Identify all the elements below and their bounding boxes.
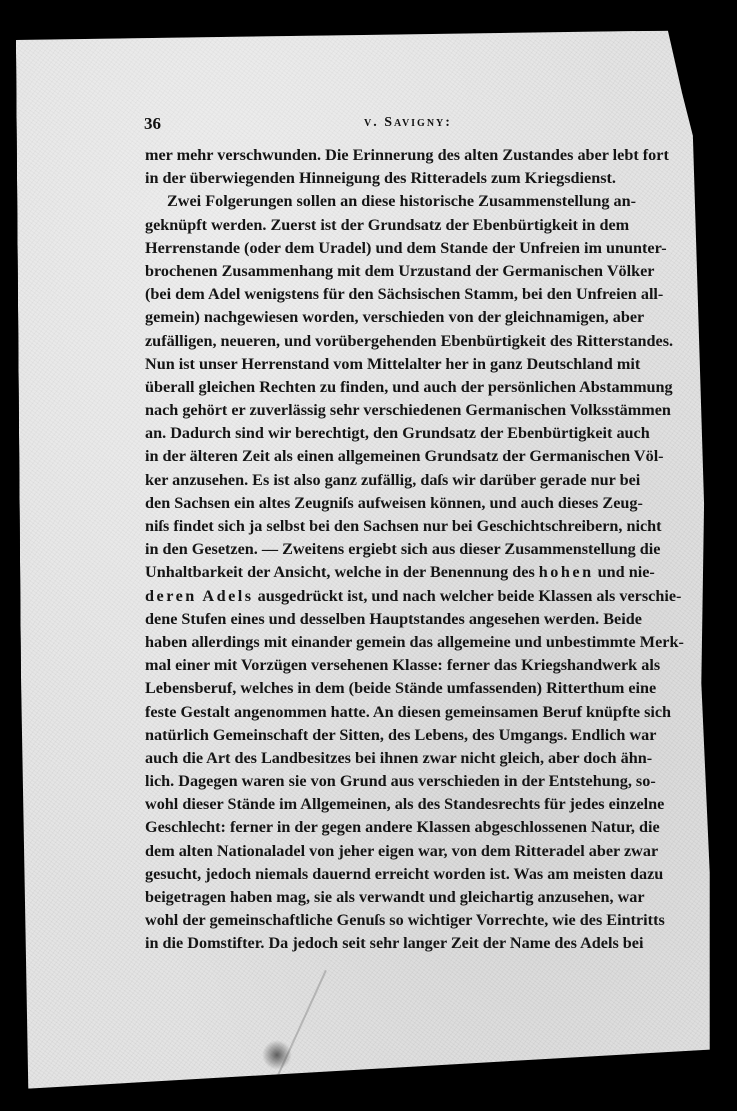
text-line: den Sachsen ein altes Zeugniſs aufweisen… [145, 492, 611, 515]
text-line: nach gehört er zuverlässig sehr verschie… [145, 399, 611, 422]
text-line: Lebensberuf, welches in dem (beide Ständ… [145, 677, 611, 700]
text-line: lich. Dagegen waren sie von Grund aus ve… [145, 770, 611, 793]
running-head: v. Savigny: [364, 115, 452, 131]
text-line: dene Stufen eines und desselben Hauptsta… [145, 608, 611, 631]
text-line: überall gleichen Rechten zu finden, und … [145, 376, 611, 399]
text-line: dem alten Nationaladel von jeher eigen w… [145, 840, 611, 863]
text-line: brochenen Zusammenhang mit dem Urzustand… [145, 260, 611, 283]
text-line: niſs findet sich ja selbst bei den Sachs… [145, 515, 611, 538]
scan-background: 36 v. Savigny: mer mehr verschwunden. Di… [0, 0, 737, 1111]
text-line: zufälligen, neueren, und vorübergehenden… [145, 330, 611, 353]
text-line: Geschlecht: ferner in der gegen andere K… [145, 816, 611, 839]
text-line: wohl der gemeinschaftliche Genuſs so wic… [145, 909, 611, 932]
text-line: wohl dieser Stände im Allgemeinen, als d… [145, 793, 611, 816]
text-line: mer mehr verschwunden. Die Erinnerung de… [145, 144, 611, 167]
text-line: haben allerdings mit einander gemein das… [145, 631, 611, 654]
text-line: mal einer mit Vorzügen versehenen Klasse… [145, 654, 611, 677]
page-crease [263, 970, 327, 1107]
text-fragment: und nie- [594, 563, 655, 581]
spaced-term-niederen-adels: deren Adels [145, 587, 254, 605]
text-line: (bei dem Adel wenigstens für den Sächsis… [145, 283, 611, 306]
text-line: in den Gesetzen. — Zweitens ergiebt sich… [145, 538, 611, 561]
body-text: mer mehr verschwunden. Die Erinnerung de… [145, 144, 611, 956]
text-line: Herrenstande (oder dem Uradel) und dem S… [145, 237, 611, 260]
spaced-term-hohen: hohen [539, 563, 594, 581]
text-line: natürlich Gemeinschaft der Sitten, des L… [145, 724, 611, 747]
text-line: in die Domstifter. Da jedoch seit sehr l… [145, 932, 611, 955]
text-line-with-spaced: Unhaltbarkeit der Ansicht, welche in der… [145, 561, 611, 584]
text-line: in der älteren Zeit als einen allgemeine… [145, 445, 611, 468]
text-line: ker anzusehen. Es ist also ganz zufällig… [145, 469, 611, 492]
text-fragment: ausgedrückt ist, und nach welcher beide … [254, 587, 682, 605]
text-line: an. Dadurch sind wir berechtigt, den Gru… [145, 422, 611, 445]
ink-smudge [262, 1040, 292, 1070]
text-line: auch die Art des Landbesitzes bei ihnen … [145, 747, 611, 770]
text-line: beigetragen haben mag, sie als verwandt … [145, 886, 611, 909]
text-line: gemein) nachgewiesen worden, verschieden… [145, 306, 611, 329]
text-line: gesucht, jedoch niemals dauernd erreicht… [145, 863, 611, 886]
text-line: Nun ist unser Herrenstand vom Mittelalte… [145, 353, 611, 376]
page-header: 36 v. Savigny: [144, 114, 614, 138]
text-line-with-spaced: deren Adels ausgedrückt ist, und nach we… [145, 585, 611, 608]
text-line: geknüpft werden. Zuerst ist der Grundsat… [145, 214, 611, 237]
text-line: Zwei Folgerungen sollen an diese histori… [145, 190, 611, 213]
text-line: in der überwiegenden Hinneigung des Ritt… [145, 167, 611, 190]
text-fragment: Unhaltbarkeit der Ansicht, welche in der… [145, 563, 539, 581]
text-line: feste Gestalt angenommen hatte. An diese… [145, 701, 611, 724]
page-number: 36 [144, 114, 161, 134]
